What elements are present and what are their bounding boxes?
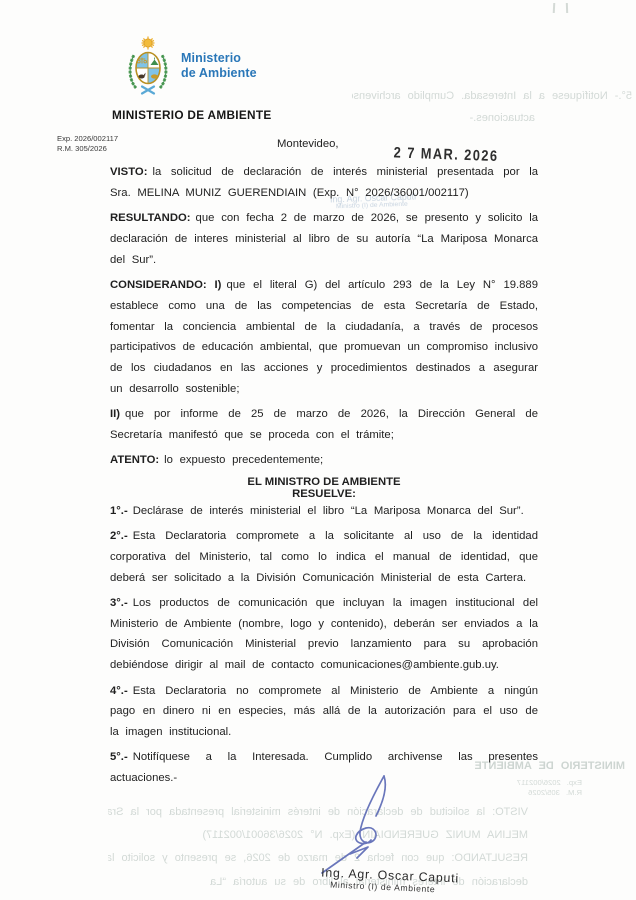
resultando-label: RESULTANDO: (110, 212, 191, 224)
ministry-name: Ministerio de Ambiente (181, 51, 257, 81)
atento-label: ATENTO: (110, 454, 159, 466)
paragraph-visto: VISTO:la solicitud de declaración de int… (110, 162, 538, 204)
reference-block: Exp. 2026/002117 R.M. 305/2026 (57, 134, 118, 154)
ministry-name-line2: de Ambiente (181, 66, 257, 81)
scanned-document-page: 5°.- Notifíquese a la Interesada. Cumpli… (0, 0, 636, 900)
corner-mark-icon (553, 3, 556, 13)
corner-mark-icon (566, 3, 568, 13)
atento-text: lo expuesto precedentemente; (164, 454, 323, 466)
ministry-logo: Ministerio de Ambiente (127, 36, 257, 96)
resolution-3: 3°.-Los productos de comunicación que in… (110, 593, 538, 676)
paragraph-resultando: RESULTANDO:que con fecha 2 de marzo de 2… (110, 208, 538, 270)
resolution-2-text: Esta Declaratoria compromete a la solici… (110, 530, 538, 584)
bleedthrough-line: actuaciones.- (405, 112, 535, 124)
resolution-1: 1°.-Declárase de interés ministerial el … (110, 501, 538, 522)
exp-number: Exp. 2026/002117 (57, 134, 118, 144)
resolve-header: EL MINISTRO DE AMBIENTE RESUELVE: (110, 476, 538, 501)
resolution-1-label: 1°.- (110, 505, 128, 517)
resolution-2: 2°.-Esta Declaratoria compromete a la so… (110, 526, 538, 588)
resolution-5-label: 5°.- (110, 751, 128, 763)
document-title: MINISTERIO DE AMBIENTE (112, 108, 272, 122)
ribbon-icon (142, 87, 154, 94)
rm-number: R.M. 305/2026 (57, 144, 118, 154)
resolution-2-label: 2°.- (110, 530, 128, 542)
ox-icon (151, 74, 158, 78)
paragraph-considerando-ii: II)que por informe de 25 de marzo de 202… (110, 404, 538, 446)
paragraph-considerando: CONSIDERANDO: I)que el literal G) del ar… (110, 275, 538, 400)
resolution-3-text: Los productos de comunicación que incluy… (110, 597, 538, 671)
resolution-4-label: 4°.- (110, 685, 128, 697)
considerando-label: CONSIDERANDO: I) (110, 279, 221, 291)
resolution-4: 4°.-Esta Declaratoria no compromete al M… (110, 681, 538, 743)
paragraph-atento: ATENTO:lo expuesto precedentemente; (110, 450, 538, 471)
considerando-ii-text: que por informe de 25 de marzo de 2026, … (110, 408, 538, 441)
considerando-text: que el literal G) del artículo 293 de la… (110, 279, 538, 395)
resolution-1-text: Declárase de interés ministerial el libr… (133, 505, 524, 517)
resolution-3-label: 3°.- (110, 597, 128, 609)
considerando-ii-label: II) (110, 408, 120, 420)
visto-text: la solicitud de declaración de interés m… (110, 166, 538, 199)
resolve-header-line2: RESUELVE: (110, 488, 538, 501)
handwritten-signature (300, 770, 430, 876)
bleedthrough-line: 5°.- Notifíquese a la Interesada. Cumpli… (352, 90, 632, 102)
ministry-name-line1: Ministerio (181, 51, 257, 66)
dateline-city: Montevideo, (277, 138, 339, 150)
document-body: VISTO:la solicitud de declaración de int… (110, 162, 538, 794)
uruguay-coat-of-arms-icon (127, 36, 169, 96)
resolution-4-text: Esta Declaratoria no compromete al Minis… (110, 685, 538, 739)
resolve-header-line1: EL MINISTRO DE AMBIENTE (110, 476, 538, 489)
visto-label: VISTO: (110, 166, 147, 178)
